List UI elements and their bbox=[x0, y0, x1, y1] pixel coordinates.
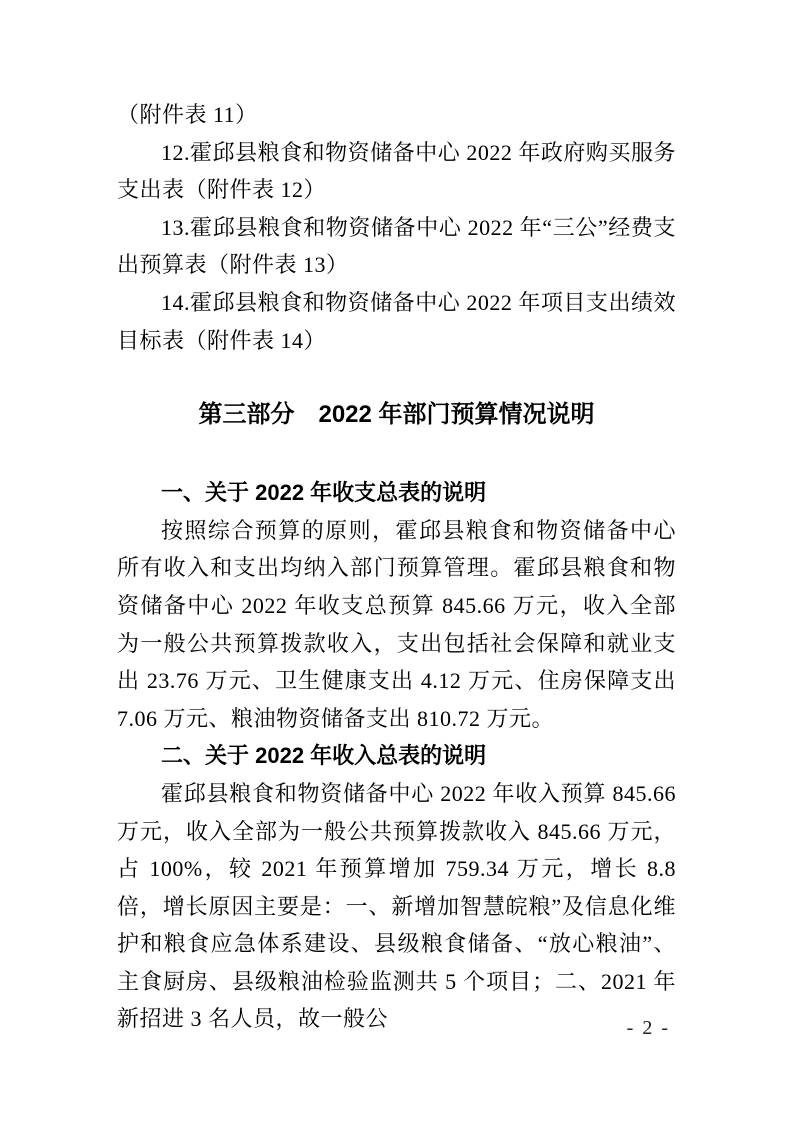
list-item-attachment-13: 13.霍邱县粮食和物资储备中心 2022 年“三公”经费支出预算表（附件表 13… bbox=[117, 209, 676, 284]
document-body: （附件表 11） 12.霍邱县粮食和物资储备中心 2022 年政府购买服务支出表… bbox=[117, 96, 676, 1038]
subsection-heading-income-table: 二、关于 2022 年收入总表的说明 bbox=[117, 737, 676, 775]
list-item-attachment-14: 14.霍邱县粮食和物资储备中心 2022 年项目支出绩效目标表（附件表 14） bbox=[117, 284, 676, 359]
paragraph-income-explanation: 霍邱县粮食和物资储备中心 2022 年收入预算 845.66 万元，收入全部为一… bbox=[117, 775, 676, 1038]
section-heading-part-three: 第三部分 2022 年部门预算情况说明 bbox=[117, 395, 676, 435]
page-number: - 2 - bbox=[627, 1016, 670, 1040]
subsection-heading-income-expense-table: 一、关于 2022 年收支总表的说明 bbox=[117, 474, 676, 512]
attachment-11-note: （附件表 11） bbox=[117, 96, 676, 134]
list-item-attachment-12: 12.霍邱县粮食和物资储备中心 2022 年政府购买服务支出表（附件表 12） bbox=[117, 134, 676, 209]
document-page: （附件表 11） 12.霍邱县粮食和物资储备中心 2022 年政府购买服务支出表… bbox=[0, 0, 793, 1122]
paragraph-budget-overview: 按照综合预算的原则，霍邱县粮食和物资储备中心所有收入和支出均纳入部门预算管理。霍… bbox=[117, 512, 676, 738]
